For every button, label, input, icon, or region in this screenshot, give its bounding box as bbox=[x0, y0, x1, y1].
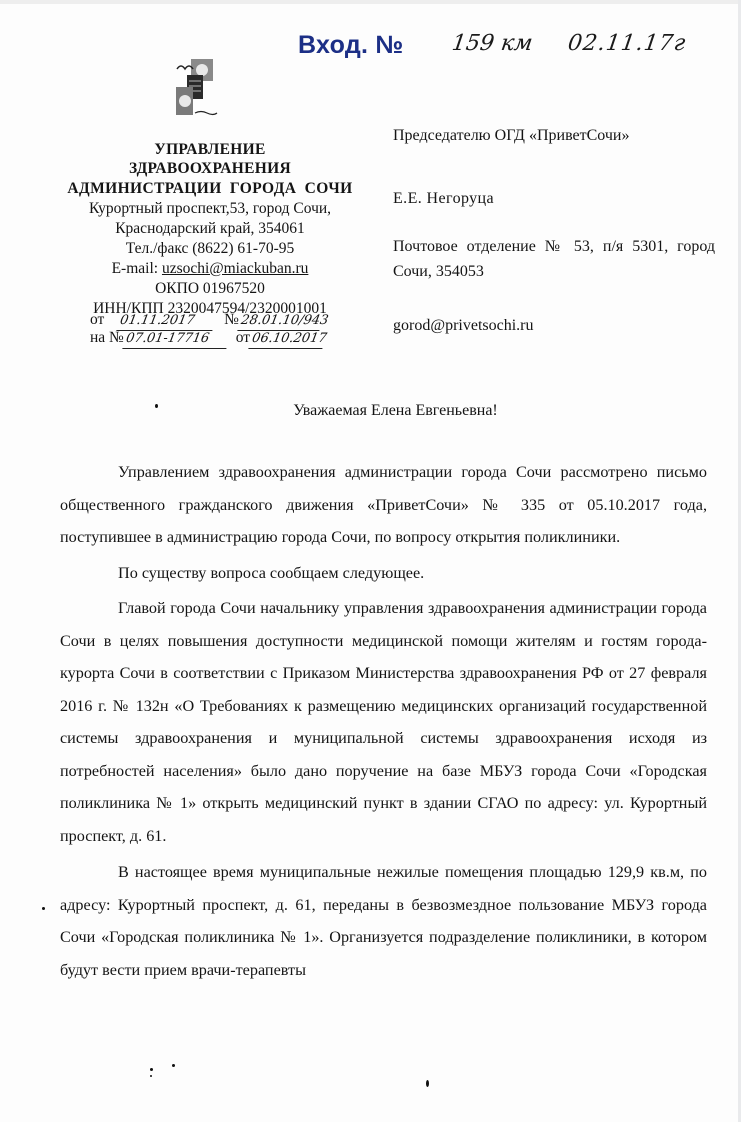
city-emblem-icon bbox=[175, 55, 220, 123]
sender-org-line2: ЗДРАВООХРАНЕНИЯ bbox=[50, 159, 370, 178]
body-paragraph: Управлением здравоохранения администраци… bbox=[60, 456, 707, 554]
scan-speck bbox=[172, 1064, 175, 1067]
addressee-title: Председателю ОГД «ПриветСочи» bbox=[393, 126, 629, 146]
sender-address-line1: Курортный проспект,53, город Сочи, bbox=[50, 199, 370, 219]
body-paragraph: В настоящее время муниципальные нежилые … bbox=[60, 856, 707, 986]
sender-email-link[interactable]: uzsochi@miackuban.ru bbox=[162, 260, 308, 277]
outgoing-registration-row: от 01.11.2017 №28.01.10/943 bbox=[90, 311, 324, 329]
registration-block: от 01.11.2017 №28.01.10/943 на №07.01-17… bbox=[90, 311, 324, 347]
addressee-postal: Почтовое отделение № 53, п/я 5301, город… bbox=[393, 234, 715, 284]
sender-email-row: E-mail: uzsochi@miackuban.ru bbox=[50, 259, 370, 279]
body-paragraph: По существу вопроса сообщаем следующее. bbox=[60, 557, 707, 590]
incoming-stamp-label: Вход. № bbox=[298, 31, 404, 60]
letter-body: Управлением здравоохранения администраци… bbox=[60, 456, 707, 986]
scan-speck bbox=[155, 404, 158, 408]
sender-address-line2: Краснодарский край, 354061 bbox=[50, 219, 370, 239]
incoming-date-handwritten: 02.11.17г bbox=[566, 31, 688, 56]
from-label: от bbox=[90, 311, 104, 328]
scan-speck bbox=[426, 1080, 429, 1087]
sender-email-label: E-mail: bbox=[112, 260, 162, 277]
letter-page: Вход. № 159 км 02.11.17г УПРАВЛЕНИЕ ЗДРА… bbox=[0, 0, 741, 1122]
greeting: Уважаемая Елена Евгеньевна! bbox=[0, 402, 741, 420]
sender-org-line1: УПРАВЛЕНИЕ bbox=[50, 140, 370, 159]
number-label: № bbox=[224, 311, 239, 328]
reply-date: 06.10.2017 bbox=[248, 330, 325, 349]
sender-okpo: ОКПО 01967520 bbox=[50, 279, 370, 299]
scan-edge-top bbox=[0, 0, 741, 4]
sender-phone: Тел./факс (8622) 61-70-95 bbox=[50, 239, 370, 259]
sender-block: УПРАВЛЕНИЕ ЗДРАВООХРАНЕНИЯ АДМИНИСТРАЦИИ… bbox=[50, 140, 370, 319]
addressee-email[interactable]: gorod@privetsochi.ru bbox=[393, 316, 533, 336]
sender-org-line3: АДМИНИСТРАЦИИ ГОРОДА СОЧИ bbox=[50, 178, 370, 199]
addressee-name: Е.Е. Негоруца bbox=[393, 189, 494, 209]
incoming-number-handwritten: 159 км bbox=[450, 31, 534, 56]
scan-speck bbox=[150, 1075, 152, 1077]
body-paragraph: Главой города Сочи начальнику управления… bbox=[60, 592, 707, 852]
reply-date-label: от bbox=[236, 329, 250, 346]
scan-speck bbox=[42, 907, 45, 910]
reply-to-label: на № bbox=[90, 329, 124, 346]
scan-speck bbox=[150, 1068, 153, 1071]
reply-to-row: на №07.01-17716 от06.10.2017 bbox=[90, 329, 324, 347]
reply-to-number: 07.01-17716 bbox=[122, 330, 229, 349]
